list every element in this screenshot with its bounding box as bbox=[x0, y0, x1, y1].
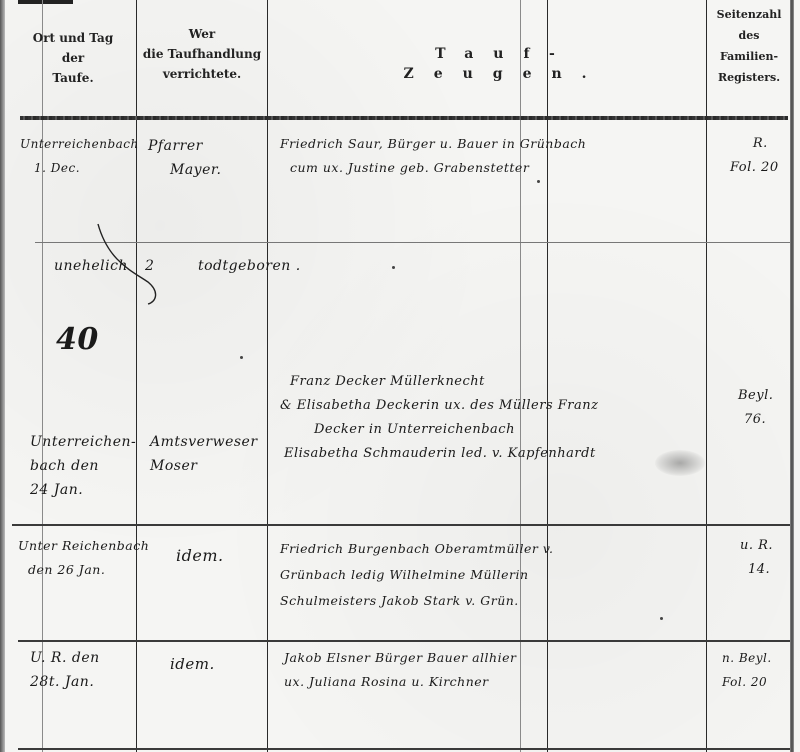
header-line: des bbox=[707, 25, 791, 46]
godparent-line: Jakob Elsner Bürger Bauer allhier bbox=[284, 646, 516, 670]
entry-3-register-page: Beyl. 76. bbox=[738, 384, 773, 432]
entry-2-place-date: unehelich bbox=[54, 254, 128, 278]
entry-5-officiant: idem. bbox=[170, 652, 215, 676]
row-rule-4 bbox=[18, 748, 790, 750]
header-line: Familien- bbox=[707, 46, 791, 67]
header-line: verrichtete. bbox=[137, 64, 267, 84]
entry-1-register-page: R. Fol. 20 bbox=[730, 132, 779, 180]
header-godparents: Tauf-Zeugen. bbox=[340, 44, 670, 84]
binding-edge-left bbox=[0, 0, 5, 752]
header-line: Wer bbox=[137, 24, 267, 44]
date-line: 28t. Jan. bbox=[30, 670, 100, 694]
register-line: 76. bbox=[738, 408, 773, 432]
godparent-line: Schulmeisters Jakob Stark v. Grün. bbox=[280, 588, 553, 614]
register-line: u. R. bbox=[740, 534, 773, 558]
register-page: Ort und Tag der Taufe. Wer die Taufhandl… bbox=[0, 0, 800, 752]
entry-2-godparents: todtgeboren . bbox=[198, 254, 301, 278]
binding-edge-right bbox=[790, 0, 794, 752]
header-line: Tauf-Zeugen. bbox=[340, 44, 670, 84]
date-line: 1. Dec. bbox=[20, 156, 139, 180]
entry-2-officiant: 2 bbox=[145, 254, 154, 278]
entry-5-register-page: n. Beyl. Fol. 20 bbox=[722, 646, 772, 694]
godparent-line: Grünbach ledig Wilhelmine Müllerin bbox=[280, 562, 553, 588]
godparent-line: Elisabetha Schmauderin led. v. Kapfenhar… bbox=[280, 442, 598, 466]
godparent-line: cum ux. Justine geb. Grabenstetter bbox=[280, 156, 586, 180]
entry-5-place-date: U. R. den 28t. Jan. bbox=[30, 646, 100, 694]
register-line: R. bbox=[730, 132, 779, 156]
header-register-page: Seitenzahl des Familien- Registers. bbox=[707, 4, 791, 88]
register-line: Beyl. bbox=[738, 384, 773, 408]
ink-smudge bbox=[655, 450, 705, 476]
header-line: der bbox=[10, 48, 136, 68]
godparent-line: Franz Decker Müllerknecht bbox=[280, 370, 598, 394]
entry-3-officiant: Amtsverweser Moser bbox=[150, 430, 258, 478]
header-line: die Taufhandlung bbox=[137, 44, 267, 64]
ink-speck bbox=[537, 180, 540, 183]
godparent-line: Friedrich Burgenbach Oberamtmüller v. bbox=[280, 536, 553, 562]
entry-4-register-page: u. R. 14. bbox=[740, 534, 773, 582]
header-line: Ort und Tag bbox=[10, 28, 136, 48]
godparent-line: Friedrich Saur, Bürger u. Bauer in Grünb… bbox=[280, 132, 586, 156]
row-rule-2 bbox=[12, 524, 790, 526]
place-line: Unterreichenbach bbox=[20, 132, 139, 156]
entry-1-officiant: Pfarrer Mayer. bbox=[148, 134, 221, 182]
row-rule-3 bbox=[18, 640, 790, 642]
godparent-line: Decker in Unterreichenbach bbox=[280, 418, 598, 442]
entry-3-godparents: Franz Decker Müllerknecht & Elisabetha D… bbox=[280, 370, 598, 466]
date-line: 24 Jan. bbox=[30, 478, 136, 502]
register-line: Fol. 20 bbox=[730, 156, 779, 180]
header-line: Seitenzahl bbox=[707, 4, 791, 25]
godparent-line: & Elisabetha Deckerin ux. des Müllers Fr… bbox=[280, 394, 598, 418]
register-line: Fol. 20 bbox=[722, 670, 772, 694]
header-line: Registers. bbox=[707, 67, 791, 88]
ink-speck bbox=[392, 266, 395, 269]
godparent-line: ux. Juliana Rosina u. Kirchner bbox=[284, 670, 516, 694]
ink-speck bbox=[660, 617, 663, 620]
top-edge-mark bbox=[18, 0, 73, 4]
register-line: 14. bbox=[740, 558, 773, 582]
entry-5-godparents: Jakob Elsner Bürger Bauer allhier ux. Ju… bbox=[284, 646, 516, 694]
entry-1-godparents: Friedrich Saur, Bürger u. Bauer in Grünb… bbox=[280, 132, 586, 180]
margin-number: 40 bbox=[56, 328, 99, 352]
place-line: U. R. den bbox=[30, 646, 100, 670]
officiant-line: Moser bbox=[150, 454, 258, 478]
entry-4-officiant: idem. bbox=[176, 544, 224, 568]
header-rule bbox=[20, 116, 788, 120]
officiant-line: Mayer. bbox=[148, 158, 221, 182]
officiant-line: Pfarrer bbox=[148, 134, 221, 158]
register-line: n. Beyl. bbox=[722, 646, 772, 670]
entry-3-place-date: Unterreichen- bach den 24 Jan. bbox=[30, 430, 136, 502]
place-line: Unter Reichenbach bbox=[18, 534, 149, 558]
header-place-date: Ort und Tag der Taufe. bbox=[10, 28, 136, 88]
date-line: den 26 Jan. bbox=[18, 558, 149, 582]
entry-1-place-date: Unterreichenbach 1. Dec. bbox=[20, 132, 139, 180]
place-line: Unterreichen- bbox=[30, 430, 136, 454]
place-line: bach den bbox=[30, 454, 136, 478]
entry-4-place-date: Unter Reichenbach den 26 Jan. bbox=[18, 534, 149, 582]
entry-4-godparents: Friedrich Burgenbach Oberamtmüller v. Gr… bbox=[280, 536, 553, 614]
header-officiant: Wer die Taufhandlung verrichtete. bbox=[137, 24, 267, 84]
header-line: Taufe. bbox=[10, 68, 136, 88]
officiant-line: Amtsverweser bbox=[150, 430, 258, 454]
ink-speck bbox=[240, 356, 243, 359]
